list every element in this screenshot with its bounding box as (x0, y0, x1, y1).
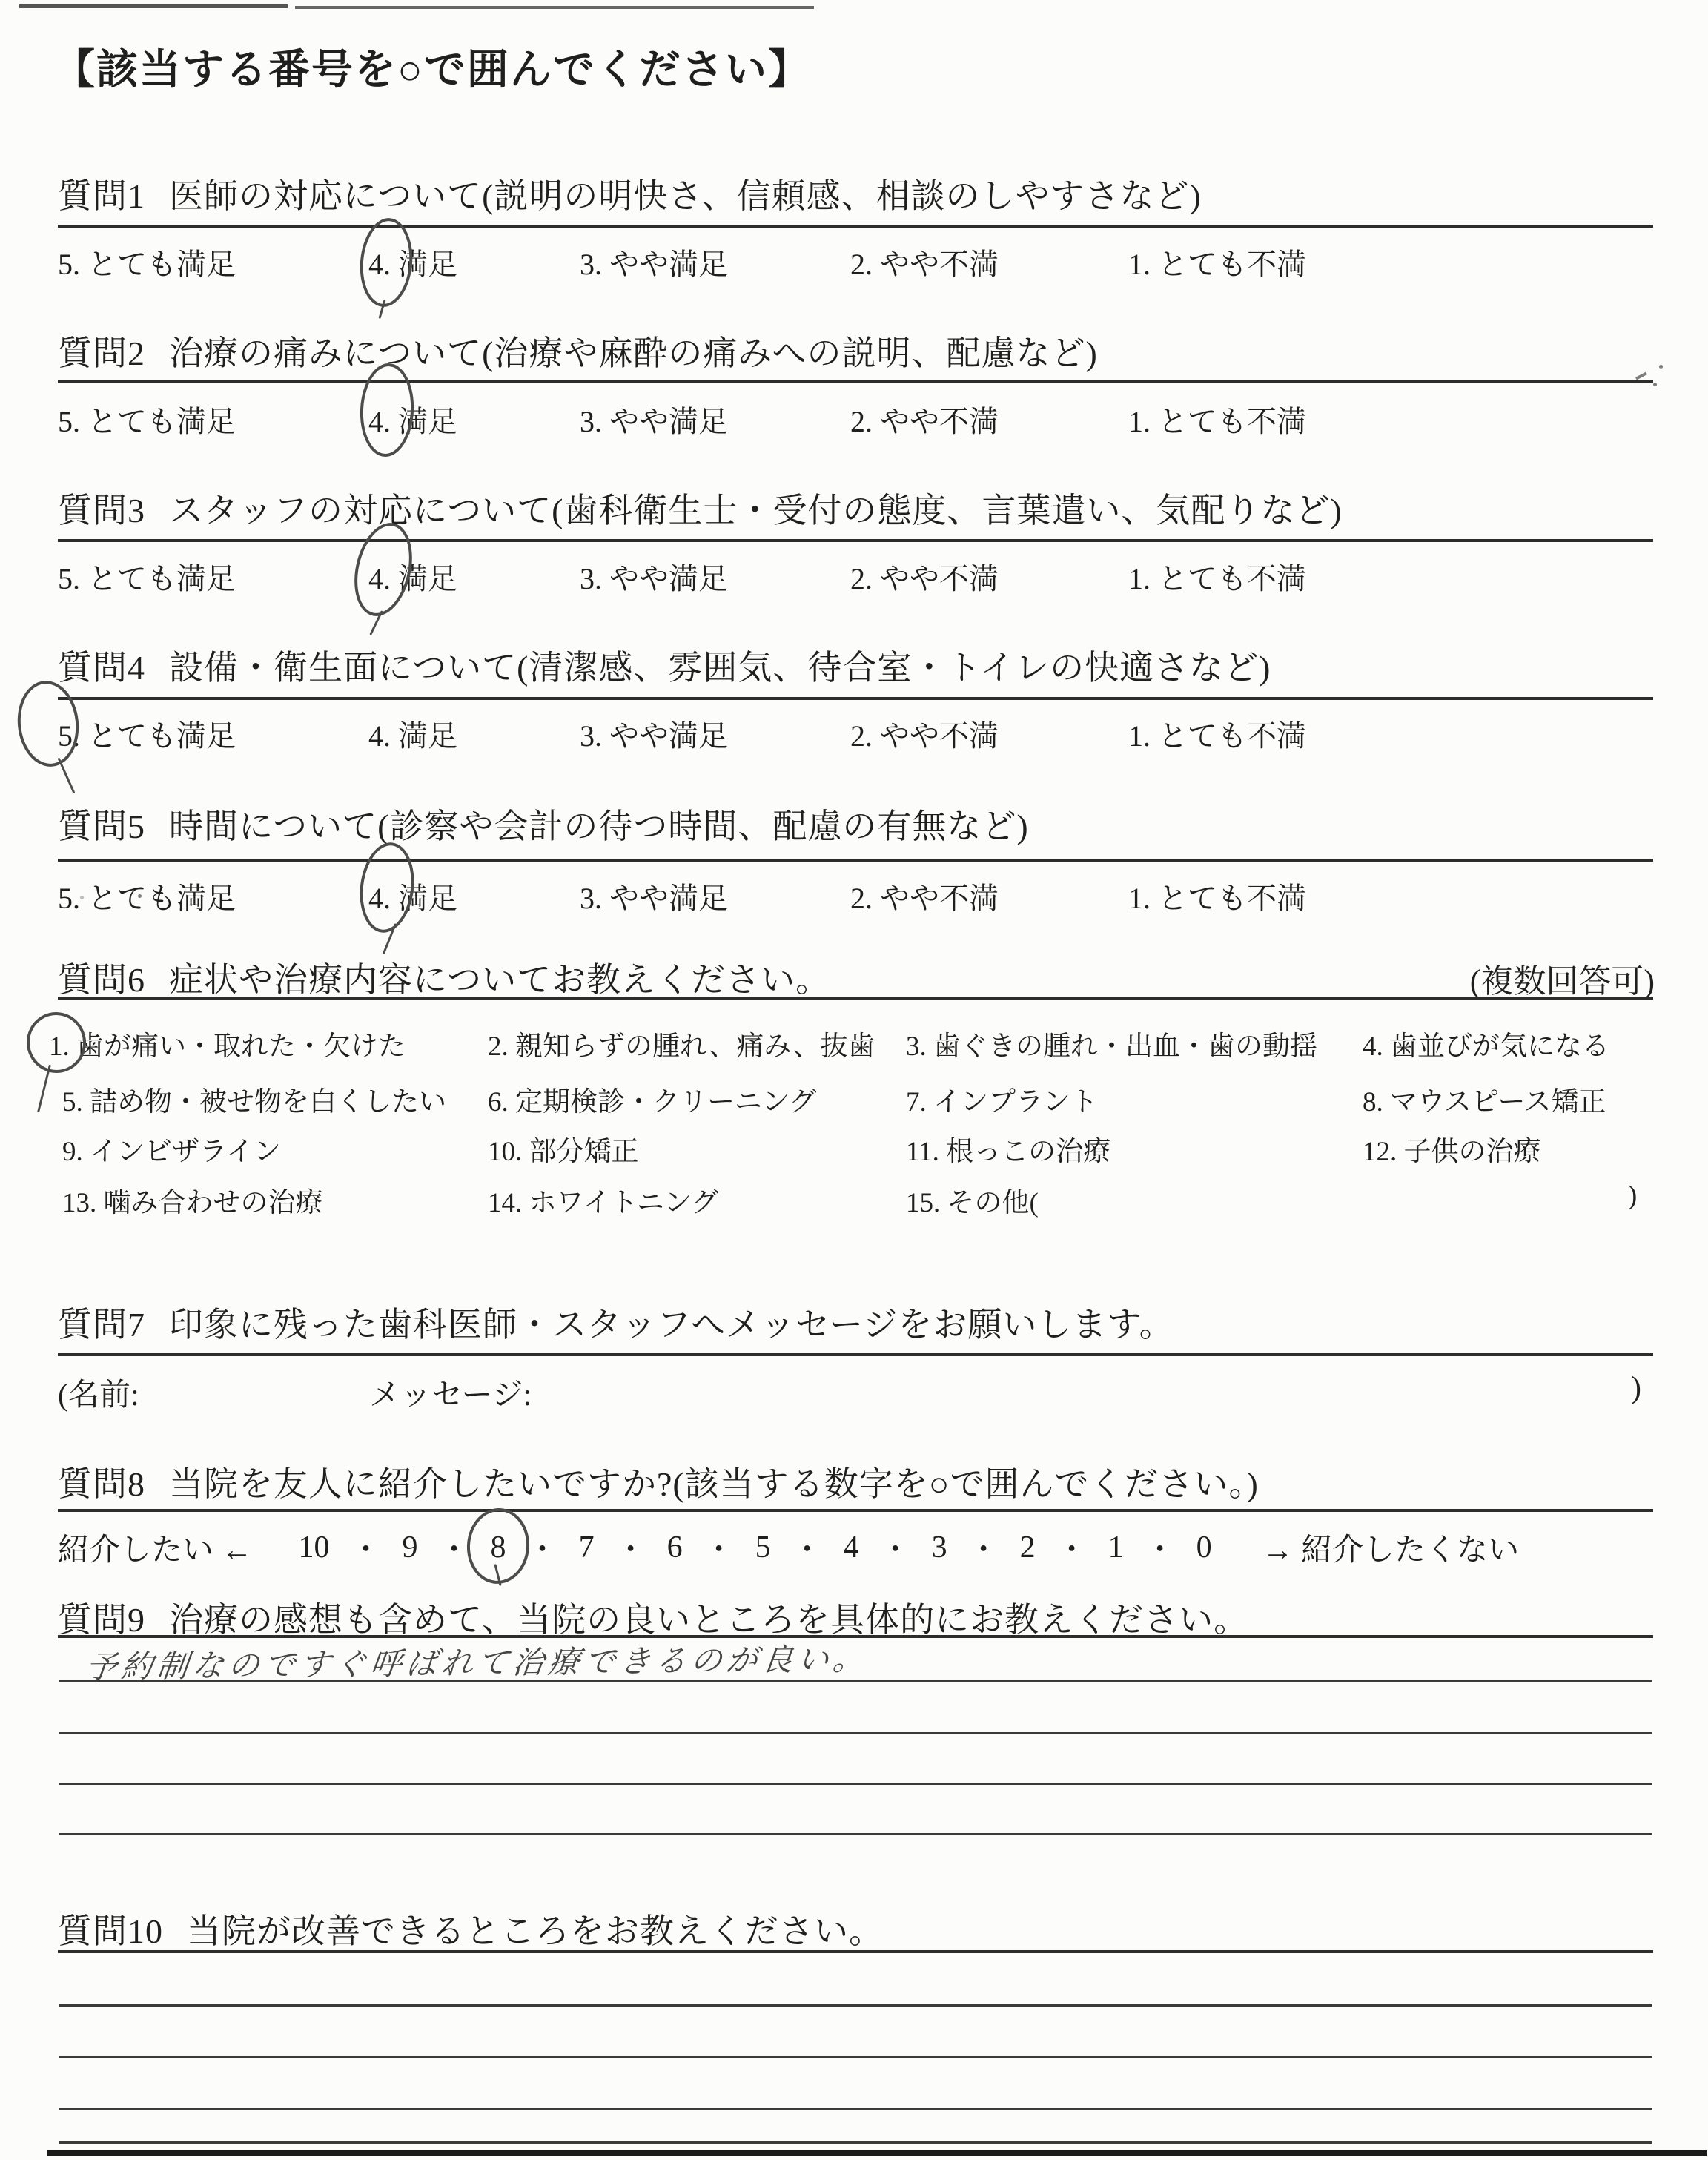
rating-option: 5. とても満足 (58, 555, 236, 598)
symptom-option: 15. その他( (906, 1180, 1039, 1220)
scale-number: 7 (579, 1530, 595, 1565)
scan-artifact-bottom-edge (47, 2150, 1707, 2156)
heading-rule (58, 380, 1653, 383)
rating-option: 3. やや満足 (580, 241, 728, 283)
question-topic: 印象に残った歯科医師・スタッフへメッセージをお願いします。 (169, 1306, 1174, 1344)
question-number: 質問8 (58, 1465, 145, 1503)
scale-dot: ・ (439, 1525, 470, 1570)
rating-option: 3. やや満足 (580, 398, 728, 440)
rating-option: 5. とても満足 (58, 398, 236, 440)
scale-number: 10 (299, 1530, 330, 1565)
question-topic: スタッフの対応について(歯科衛生士・受付の態度、言葉遣い、気配りなど) (169, 492, 1343, 529)
symptom-option: 4. 歯並びが気になる (1363, 1023, 1609, 1063)
rating-option: 2. やや不満 (850, 713, 999, 755)
rating-option: 5. とても満足 (58, 875, 236, 917)
question-heading: 質問8当院を友人に紹介したいですか?(該当する数字を○で囲んでください。) (58, 1457, 1259, 1506)
scale-dot: ・ (704, 1525, 735, 1570)
question-number: 質問2 (58, 334, 145, 372)
question-number: 質問1 (58, 177, 145, 215)
heading-rule (58, 697, 1653, 700)
scan-artifact-dot (138, 894, 142, 898)
scan-artifact-mark (1635, 371, 1647, 380)
scale-dot: ・ (615, 1525, 646, 1570)
question-number: 質問10 (58, 1912, 163, 1950)
rating-option: 1. とても不満 (1128, 713, 1306, 755)
symptom-option: 7. インプラント (906, 1079, 1098, 1119)
heading-rule (58, 1950, 1653, 1953)
symptom-option: 3. 歯ぐきの腫れ・出血・歯の動揺 (906, 1023, 1317, 1063)
rating-option: 4. 満足 (368, 713, 457, 755)
other-option-close-paren: ) (1628, 1180, 1637, 1212)
heading-rule (58, 1353, 1653, 1356)
scan-artifact-dot (80, 896, 84, 899)
answer-line (59, 1833, 1652, 1835)
scale-dot: ・ (1145, 1525, 1176, 1570)
scale-dot: ・ (1056, 1525, 1088, 1570)
form-title: 【該当する番号を○で囲んでください】 (53, 37, 811, 96)
question-heading: 質問6症状や治療内容についてお教えください。 (58, 953, 830, 1002)
rating-option: 2. やや不満 (850, 555, 999, 598)
rating-options: 5. とても満足 4. 満足 3. やや満足 2. やや不満 1. とても不満 (0, 555, 1708, 600)
scale-dot: ・ (351, 1525, 382, 1570)
survey-scan-page: 【該当する番号を○で囲んでください】 質問1医師の対応について(説明の明快さ、信… (0, 0, 1708, 2160)
message-field-label: メッセージ: (369, 1370, 532, 1415)
question-heading: 質問3スタッフの対応について(歯科衛生士・受付の態度、言葉遣い、気配りなど) (58, 483, 1343, 532)
rating-option: 5. とても満足 (58, 713, 236, 755)
fields-close-paren: ) (1631, 1370, 1641, 1406)
rating-option: 1. とても不満 (1128, 555, 1306, 598)
scale-dot: ・ (880, 1525, 911, 1570)
symptom-options-row: 5. 詰め物・被せ物を白くしたい 6. 定期検診・クリーニング 7. インプラン… (0, 1079, 1708, 1116)
scan-artifact-dot (1659, 365, 1663, 369)
handwritten-circle (346, 517, 421, 621)
handwritten-circle (23, 1008, 90, 1077)
question-number: 質問6 (58, 961, 145, 999)
handwritten-circle-tail (58, 758, 76, 794)
heading-rule (58, 539, 1653, 542)
rating-option: 3. やや満足 (580, 713, 728, 755)
scale-number: 1 (1108, 1530, 1124, 1565)
scale-dot: ・ (792, 1525, 823, 1570)
question-number: 質問5 (58, 807, 145, 845)
symptom-option: 1. 歯が痛い・取れた・欠けた (49, 1023, 406, 1063)
symptom-option: 13. 噛み合わせの治療 (62, 1180, 323, 1220)
scale-number: 2 (1020, 1530, 1036, 1565)
heading-rule (58, 225, 1653, 228)
question-heading: 質問5時間について(診察や会計の待つ時間、配慮の有無など) (58, 799, 1029, 848)
answer-line (59, 2141, 1652, 2144)
rating-option: 1. とても不満 (1128, 398, 1306, 440)
question-topic: 医師の対応について(説明の明快さ、信頼感、相談のしやすさなど) (169, 177, 1202, 215)
symptom-option: 10. 部分矯正 (488, 1129, 639, 1169)
scan-artifact-line (19, 4, 288, 8)
question-number: 質問7 (58, 1306, 145, 1344)
scale-number: 9 (403, 1530, 418, 1565)
question-topic: 設備・衛生面について(清潔感、雰囲気、待合室・トイレの快適さなど) (169, 649, 1271, 687)
question-heading: 質問7印象に残った歯科医師・スタッフへメッセージをお願いします。 (58, 1298, 1174, 1347)
question-topic: 当院が改善できるところをお教えください。 (187, 1912, 884, 1950)
question-heading: 質問4設備・衛生面について(清潔感、雰囲気、待合室・トイレの快適さなど) (58, 641, 1271, 690)
rating-option: 5. とても満足 (58, 241, 236, 283)
question-heading: 質問10当院が改善できるところをお教えください。 (58, 1904, 884, 1953)
scan-artifact-dot (1653, 383, 1657, 386)
scale-number: 0 (1196, 1530, 1212, 1565)
rating-option: 1. とても不満 (1128, 241, 1306, 283)
symptom-options-row: 13. 噛み合わせの治療 14. ホワイトニング 15. その他( ) (0, 1180, 1708, 1217)
rating-option: 2. やや不満 (850, 398, 999, 440)
rating-option: 2. やや不満 (850, 875, 999, 917)
scale-number: 6 (667, 1530, 683, 1565)
question-topic: 治療の感想も含めて、当院の良いところを具体的にお教えください。 (169, 1601, 1248, 1639)
rating-option: 3. やや満足 (580, 555, 728, 598)
answer-line (59, 2004, 1652, 2007)
scale-dot: ・ (527, 1525, 558, 1570)
scan-artifact-line (295, 6, 814, 9)
name-field-label: (名前: (58, 1370, 139, 1415)
heading-rule (58, 859, 1653, 862)
symptom-option: 2. 親知らずの腫れ、痛み、抜歯 (488, 1023, 875, 1063)
question-heading: 質問1医師の対応について(説明の明快さ、信頼感、相談のしやすさなど) (58, 169, 1202, 218)
handwritten-circle (358, 362, 416, 458)
rating-option: 2. やや不満 (850, 241, 999, 283)
answer-line (59, 2108, 1652, 2110)
rating-options: 5. とても満足 4. 満足 3. やや満足 2. やや不満 1. とても不満 (0, 241, 1708, 285)
answer-line (59, 1680, 1652, 1682)
scale-number-circled: 8 (491, 1530, 506, 1565)
handwritten-answer: 予約制なのですぐ呼ばれて治療できるのが良い。 (84, 1634, 872, 1687)
question-heading: 質問2治療の痛みについて(治療や麻酔の痛みへの説明、配慮など) (58, 326, 1098, 375)
scale-dot: ・ (968, 1525, 999, 1570)
symptom-option: 8. マウスピース矯正 (1363, 1079, 1606, 1119)
answer-line (59, 1783, 1652, 1785)
scale-left-label: 紹介したい ← (58, 1525, 253, 1570)
heading-rule (58, 997, 1653, 1000)
symptom-options-row: 1. 歯が痛い・取れた・欠けた 2. 親知らずの腫れ、痛み、抜歯 3. 歯ぐきの… (0, 1023, 1708, 1060)
rating-option: 1. とても不満 (1128, 875, 1306, 917)
rating-option: 3. やや満足 (580, 875, 728, 917)
rating-options: 5. とても満足 4. 満足 3. やや満足 2. やや不満 1. とても不満 (0, 875, 1708, 919)
scale-number: 3 (932, 1530, 947, 1565)
question-topic: 治療の痛みについて(治療や麻酔の痛みへの説明、配慮など) (169, 334, 1098, 372)
scale-number: 4 (844, 1530, 859, 1565)
question-topic: 当院を友人に紹介したいですか?(該当する数字を○で囲んでください。) (169, 1465, 1259, 1503)
symptom-option: 6. 定期検診・クリーニング (488, 1079, 816, 1119)
symptom-options-row: 9. インビザライン 10. 部分矯正 11. 根っこの治療 12. 子供の治療 (0, 1129, 1708, 1166)
answer-line (59, 2056, 1652, 2058)
symptom-option: 12. 子供の治療 (1363, 1129, 1541, 1169)
nps-scale-row: 紹介したい ← 10 ・ 9 ・ 8 ・ 7 ・ 6 ・ 5 ・ 4 ・ 3 ・… (58, 1525, 1519, 1570)
question-number: 質問4 (58, 649, 145, 687)
multi-answer-note: (複数回答可) (1470, 954, 1655, 1002)
symptom-option: 14. ホワイトニング (488, 1180, 718, 1220)
scale-number: 5 (755, 1530, 771, 1565)
handwritten-circle (355, 839, 419, 936)
rating-options: 5. とても満足 4. 満足 3. やや満足 2. やや不満 1. とても不満 (0, 398, 1708, 443)
rating-options: 5. とても満足 4. 満足 3. やや満足 2. やや不満 1. とても不満 (0, 713, 1708, 757)
heading-rule (58, 1509, 1653, 1512)
scale-right-label: → 紹介したくない (1262, 1525, 1520, 1570)
question-topic: 時間について(診察や会計の待つ時間、配慮の有無など) (169, 807, 1029, 845)
symptom-option: 5. 詰め物・被せ物を白くしたい (62, 1079, 446, 1119)
symptom-option: 11. 根っこの治療 (906, 1129, 1110, 1169)
handwritten-circle (357, 216, 416, 309)
answer-line (59, 1732, 1652, 1734)
question-number: 質問3 (58, 492, 145, 529)
symptom-option: 9. インビザライン (62, 1129, 281, 1169)
question-number: 質問9 (58, 1601, 145, 1639)
question-topic: 症状や治療内容についてお教えください。 (169, 961, 830, 999)
